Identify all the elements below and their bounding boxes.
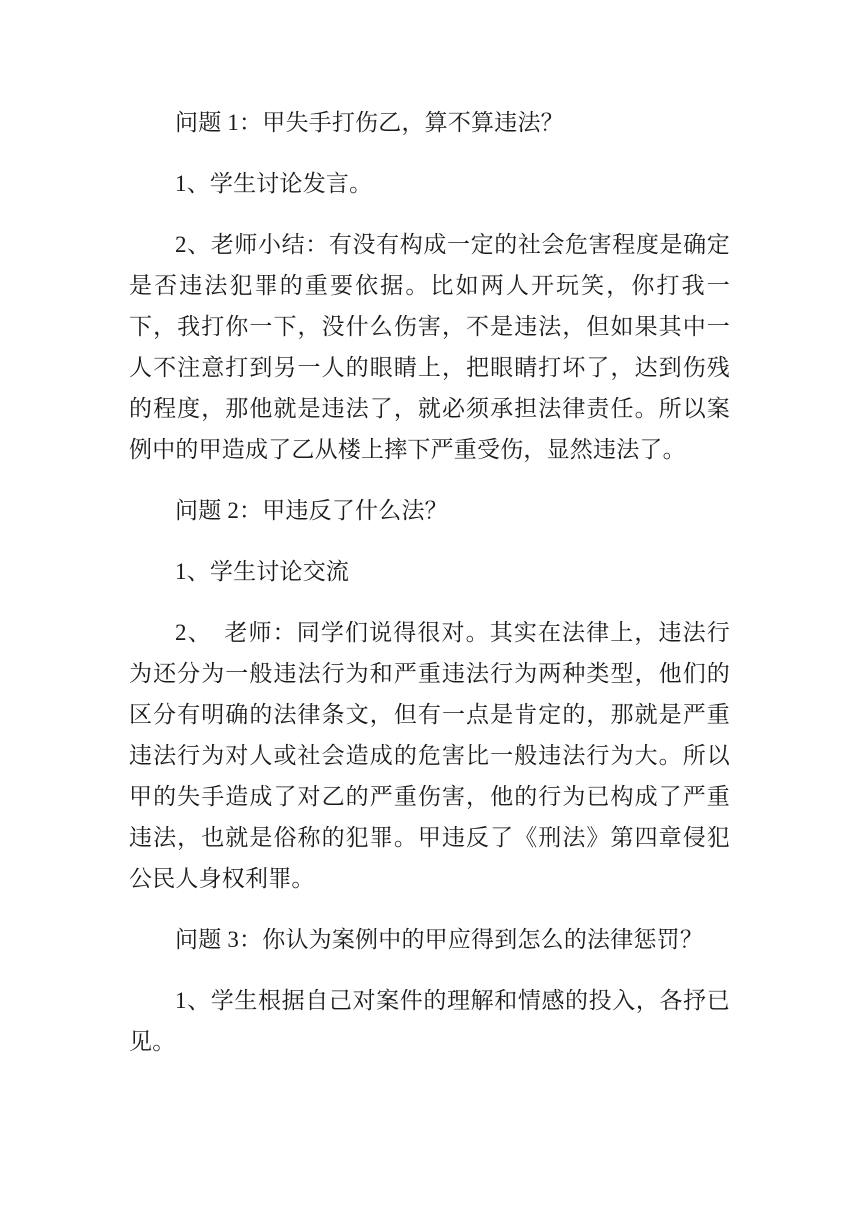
- paragraph-q1-step-1: 1、学生讨论发言。: [129, 163, 730, 204]
- paragraph-q3-step-1: 1、学生根据自己对案件的理解和情感的投入，各抒已见。: [129, 980, 730, 1062]
- document-text-block: 问题 1：甲失手打伤乙，算不算违法？ 1、学生讨论发言。 2、老师小结：有没有构…: [129, 102, 730, 1082]
- paragraph-question-2: 问题 2：甲违反了什么法？: [129, 490, 730, 531]
- paragraph-question-1: 问题 1：甲失手打伤乙，算不算违法？: [129, 102, 730, 143]
- paragraph-question-3: 问题 3：你认为案例中的甲应得到怎么的法律惩罚？: [129, 919, 730, 960]
- paragraph-q2-step-1: 1、学生讨论交流: [129, 551, 730, 592]
- paragraph-q2-step-2-teacher-summary: 2、 老师：同学们说得很对。其实在法律上，违法行为还分为一般违法行为和严重违法行…: [129, 612, 730, 899]
- document-page: 问题 1：甲失手打伤乙，算不算违法？ 1、学生讨论发言。 2、老师小结：有没有构…: [0, 0, 860, 1216]
- paragraph-q1-step-2-teacher-summary: 2、老师小结：有没有构成一定的社会危害程度是确定是否违法犯罪的重要依据。比如两人…: [129, 224, 730, 470]
